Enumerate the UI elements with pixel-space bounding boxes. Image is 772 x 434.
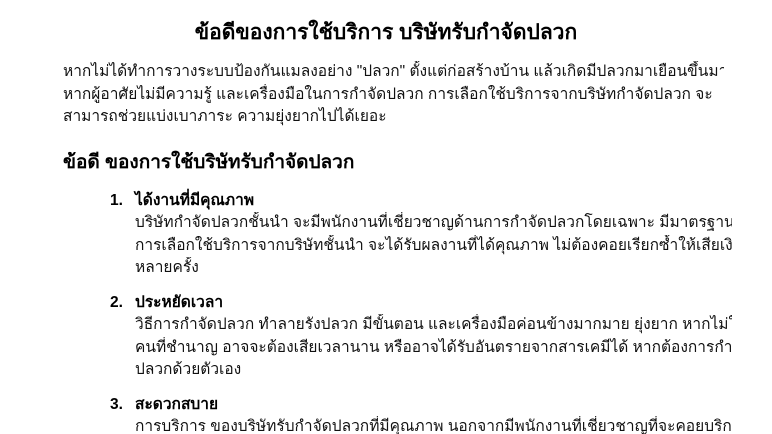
- list-item-body-line: คนที่ชำนาญ อาจจะต้องเสียเวลานาน หรืออาจไ…: [135, 337, 732, 360]
- list-item-body: การบริการ ของบริษัทรับกำจัดปลวกที่มีคุณภ…: [135, 416, 732, 434]
- list-item-body-line: วิธีการกำจัดปลวก ทำลายรังปลวก มีขั้นตอน …: [135, 314, 732, 337]
- list-item-heading-row: 2. ประหยัดเวลา: [63, 292, 732, 315]
- list-item-body-line: บริษัทกำจัดปลวกชั้นนำ จะมีพนักงานที่เชี่…: [135, 212, 732, 235]
- intro-line: หากผู้อาศัยไม่มีความรู้ และเครื่องมือในก…: [63, 84, 724, 107]
- list-item-save-time: 2. ประหยัดเวลา วิธีการกำจัดปลวก ทำลายรัง…: [63, 292, 732, 382]
- list-item-heading: ได้งานที่มีคุณภาพ: [135, 190, 254, 213]
- list-item-number: 1.: [110, 190, 135, 213]
- list-item-heading: ประหยัดเวลา: [135, 292, 223, 315]
- list-item-quality: 1. ได้งานที่มีคุณภาพ บริษัทกำจัดปลวกชั้น…: [63, 190, 732, 280]
- list-item-heading-row: 1. ได้งานที่มีคุณภาพ: [63, 190, 732, 213]
- list-item-body: วิธีการกำจัดปลวก ทำลายรังปลวก มีขั้นตอน …: [135, 314, 732, 382]
- list-item-body-line: หลายครั้ง: [135, 257, 732, 280]
- list-item-heading-row: 3. สะดวกสบาย: [63, 394, 732, 417]
- section-heading: ข้อดี ของการใช้บริษัทรับกำจัดปลวก: [63, 150, 724, 176]
- list-item-body-line: การบริการ ของบริษัทรับกำจัดปลวกที่มีคุณภ…: [135, 416, 732, 434]
- list-item-heading: สะดวกสบาย: [135, 394, 218, 417]
- list-item-convenience: 3. สะดวกสบาย การบริการ ของบริษัทรับกำจัด…: [63, 394, 732, 434]
- intro-paragraph: หากไม่ได้ทำการวางระบบป้องกันแมลงอย่าง "ป…: [63, 61, 724, 129]
- advantages-list: 1. ได้งานที่มีคุณภาพ บริษัทกำจัดปลวกชั้น…: [0, 190, 772, 434]
- intro-line: หากไม่ได้ทำการวางระบบป้องกันแมลงอย่าง "ป…: [63, 61, 724, 84]
- list-item-body-line: การเลือกใช้บริการจากบริษัทชั้นนำ จะได้รั…: [135, 235, 732, 258]
- document-page: ข้อดีของการใช้บริการ บริษัทรับกำจัดปลวก …: [0, 0, 772, 434]
- list-item-number: 3.: [110, 394, 135, 417]
- document-title: ข้อดีของการใช้บริการ บริษัทรับกำจัดปลวก: [0, 19, 772, 47]
- intro-line: สามารถช่วยแบ่งเบาภาระ ความยุ่งยากไปได้เย…: [63, 106, 724, 129]
- list-item-body: บริษัทกำจัดปลวกชั้นนำ จะมีพนักงานที่เชี่…: [135, 212, 732, 280]
- list-item-number: 2.: [110, 292, 135, 315]
- list-item-body-line: ปลวกด้วยตัวเอง: [135, 359, 732, 382]
